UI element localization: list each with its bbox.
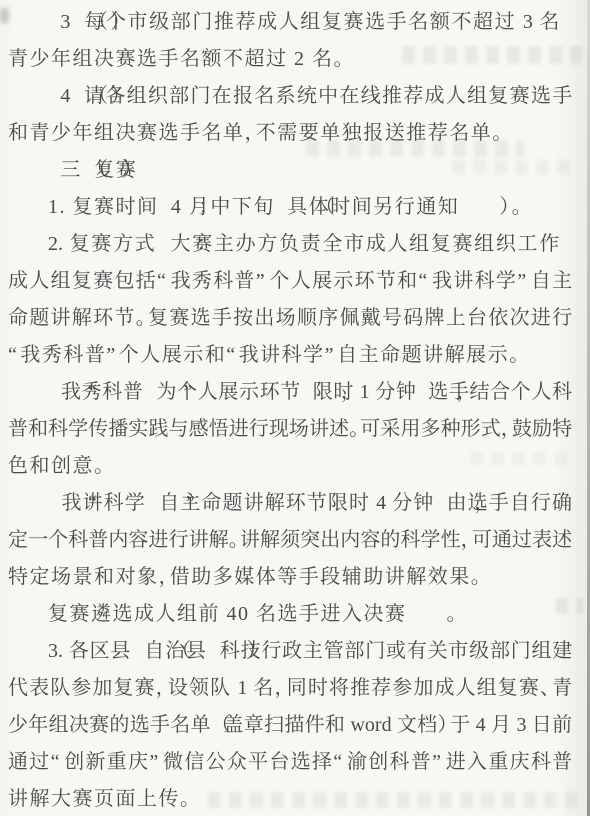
punctuation: ” — [517, 263, 529, 300]
punctuation: ， — [245, 115, 256, 152]
punctuation: ， — [416, 374, 427, 411]
punctuation: 。 — [509, 337, 520, 374]
punctuation: ， — [434, 485, 445, 522]
punctuation: 。 — [472, 189, 483, 226]
text-line: 和青少年组决赛选手名单，不需要单独报送推荐名单。 — [8, 115, 572, 152]
punctuation: （ — [48, 78, 60, 115]
punctuation: 。 — [229, 522, 240, 559]
punctuation: ， — [275, 670, 286, 707]
text-line: “我讲科学”自主命题讲解环节限时 4 分钟，由选手自行确 — [8, 485, 572, 522]
text-line: 成人组复赛包括“我秀科普”个人展示环节和“我讲科学”自主 — [8, 263, 572, 300]
text-line: 色和创意。 — [8, 448, 572, 485]
text-line: 命题讲解环节。复赛选手按出场顺序佩戴号码牌上台依次进行 — [8, 300, 572, 337]
punctuation: 。 — [94, 448, 105, 485]
punctuation: ， — [301, 374, 312, 411]
punctuation: “ — [157, 263, 169, 300]
punctuation: 。 — [349, 411, 360, 448]
punctuation: ” — [325, 337, 337, 374]
punctuation: ， — [156, 670, 167, 707]
text-line: 2. 复赛方式：大赛主办方负责全市成人组复赛组织工作。 — [8, 226, 572, 263]
punctuation: ” — [256, 263, 268, 300]
text-line: “我秀科普”个人展示和“我讲科学”自主命题讲解展示。 — [8, 337, 572, 374]
punctuation: 、 — [540, 670, 551, 707]
text-line: 讲解大赛页面上传。 — [8, 781, 572, 816]
text-line: 普和科学传播实践与感悟进行现场讲述。可采用多种形式，鼓励特 — [8, 411, 572, 448]
punctuation: ” — [144, 374, 156, 411]
text-line: 3. 各区县（自治县）科技行政主管部门或有关市级部门组建 — [8, 633, 572, 670]
punctuation: ” — [106, 337, 118, 374]
punctuation: “ — [226, 337, 238, 374]
punctuation: ） — [70, 4, 82, 41]
punctuation: 。 — [136, 300, 147, 337]
punctuation: 。 — [334, 41, 345, 78]
punctuation: “ — [418, 263, 430, 300]
punctuation: “ — [48, 374, 60, 411]
punctuation: “ — [51, 744, 63, 781]
punctuation: 。 — [492, 115, 503, 152]
punctuation: ， — [461, 522, 472, 559]
scanned-document-page: （3）每个市级部门推荐成人组复赛选手名额不超过 3 名，青少年组决赛选手名额不超… — [0, 0, 590, 816]
punctuation: ： — [159, 189, 171, 226]
punctuation: ） — [82, 152, 94, 189]
text-line: 复赛遴选成人组前 40 名选手进入决赛。 — [8, 596, 572, 633]
punctuation: （ — [48, 4, 60, 41]
text-line: （3）每个市级部门推荐成人组复赛选手名额不超过 3 名， — [8, 4, 572, 41]
punctuation: ） — [459, 189, 471, 226]
punctuation: （ — [211, 707, 223, 744]
text-line: “我秀科普”为个人展示环节，限时 1 分钟，选手结合个人科 — [8, 374, 572, 411]
section-heading: （三）复赛 — [8, 152, 572, 189]
punctuation: ， — [561, 4, 572, 41]
text-line: （4）请各组织部门在报名系统中在线推荐成人组复赛选手 — [8, 78, 572, 115]
text-line: 少年组决赛的选手名单（盖章扫描件和 word 文档）于 4 月 3 日前 — [8, 707, 572, 744]
punctuation: “ — [48, 485, 60, 522]
punctuation: “ — [333, 744, 345, 781]
punctuation: ） — [207, 633, 219, 670]
punctuation: 。 — [180, 781, 191, 816]
punctuation: 。 — [407, 596, 418, 633]
punctuation: ： — [156, 226, 168, 263]
punctuation: （ — [131, 633, 143, 670]
text-line: 1. 复赛时间：4 月中下旬（具体时间另行通知）。 — [8, 189, 572, 226]
text-line: 代表队参加复赛，设领队 1 名，同时将推荐参加成人组复赛、青 — [8, 670, 572, 707]
text-line: 青少年组决赛选手名额不超过 2 名。 — [8, 41, 572, 78]
punctuation: “ — [8, 337, 20, 374]
punctuation: ” — [149, 744, 161, 781]
text-line: 特定场景和对象，借助多媒体等手段辅助讲解效果。 — [8, 559, 572, 596]
punctuation: ， — [159, 559, 170, 596]
punctuation: （ — [48, 152, 60, 189]
punctuation: ” — [432, 744, 444, 781]
punctuation: ） — [70, 78, 82, 115]
punctuation: （ — [275, 189, 287, 226]
document-text: （3）每个市级部门推荐成人组复赛选手名额不超过 3 名，青少年组决赛选手名额不超… — [8, 4, 572, 816]
punctuation: ， — [501, 411, 512, 448]
text-line: 通过“创新重庆”微信公众平台选择“渝创科普”进入重庆科普 — [8, 744, 572, 781]
text-line: 定一个科普内容进行讲解。讲解须突出内容的科学性，可通过表述 — [8, 522, 572, 559]
punctuation: 。 — [561, 226, 572, 263]
punctuation: 。 — [471, 559, 482, 596]
punctuation: ） — [437, 707, 449, 744]
punctuation: ” — [146, 485, 158, 522]
